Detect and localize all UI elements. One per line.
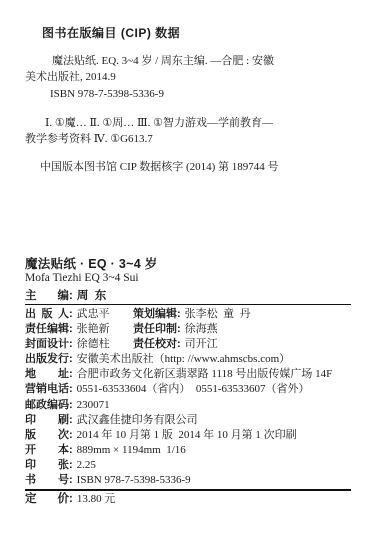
row-label: 开本 [25, 443, 69, 458]
row-value: 武汉鑫佳捷印务有限公司 [77, 413, 198, 428]
colon: : [69, 443, 73, 458]
colophon-row-postcode: 邮政编码:230071 [25, 398, 351, 413]
colophon-row-isbn: 书号:ISBN 978-7-5398-5336-9 [25, 473, 351, 488]
colon: : [177, 322, 181, 337]
row-value: 徐德柱 [77, 337, 110, 352]
colophon-row-address: 地址:合肥市政务文化新区翡翠路 1118 号出版传媒广场 14F [25, 367, 351, 382]
colon: : [69, 398, 73, 413]
colophon-row-publisher: 出版人:武忠平 策划编辑:张李松 童 丹 [25, 307, 351, 322]
chief-editor-row: 主编:周 东 [25, 289, 351, 304]
colon: : [69, 307, 73, 322]
cip-entry-line: 美术出版社, 2014.9 [25, 69, 351, 85]
colophon-row-edition: 版次:2014 年 10 月第 1 版 2014 年 10 月第 1 次印刷 [25, 428, 351, 443]
row-label: 封面设计 [25, 337, 69, 352]
row-label: 印张 [25, 458, 69, 473]
row-label: 书号 [25, 473, 69, 488]
colon: : [69, 458, 73, 473]
colon: : [69, 367, 73, 382]
row-label: 责任编辑 [25, 322, 69, 337]
colon: : [69, 289, 73, 304]
colophon-row-sheets: 印张:2.25 [25, 458, 351, 473]
cip-entry-line: 魔法贴纸. EQ. 3~4 岁 / 周东主编. —合肥 : 安徽 [25, 53, 351, 69]
colophon-row-cover-design: 封面设计:徐德柱 责任校对:司开江 [25, 337, 351, 352]
divider-rule-bottom [25, 489, 351, 491]
colon: : [69, 473, 73, 488]
row-label: 版次 [25, 428, 69, 443]
colophon-rows: 出版人:武忠平 策划编辑:张李松 童 丹 责任编辑:张艳新 责任印制:徐海燕 封… [25, 307, 351, 488]
colon: : [69, 492, 73, 507]
price-label: 定价 [25, 492, 69, 507]
price-value: 13.80 元 [77, 492, 116, 507]
row-label2: 策划编辑 [133, 307, 177, 322]
divider-rule-top [25, 304, 351, 305]
price-row: 定价:13.80 元 [25, 492, 351, 507]
row-value2: 张李松 童 丹 [185, 307, 251, 322]
row-label: 印刷 [25, 413, 69, 428]
cip-record-number: 中国版本图书馆 CIP 数据核字 (2014) 第 189744 号 [25, 158, 351, 174]
cip-class-line: 教学参考资料 Ⅳ. ①G613.7 [25, 131, 351, 147]
cip-entry: 魔法贴纸. EQ. 3~4 岁 / 周东主编. —合肥 : 安徽 美术出版社, … [25, 53, 351, 102]
row-value: 0551-63533604（省内） 0551-63533607（省外） [77, 382, 310, 397]
colon: : [69, 428, 73, 443]
colon: : [69, 413, 73, 428]
colophon-row-marketing-phone: 营销电话:0551-63533604（省内） 0551-63533607（省外） [25, 382, 351, 397]
row-value2: 徐海燕 [185, 322, 218, 337]
chief-editor-label: 主编 [25, 289, 69, 304]
colon: : [177, 337, 181, 352]
cip-header: 图书在版编目 (CIP) 数据 [25, 24, 351, 41]
colon: : [69, 337, 73, 352]
cip-isbn: ISBN 978-7-5398-5336-9 [25, 86, 351, 102]
book-title-pinyin: Mofa Tiezhi EQ 3~4 Sui [25, 272, 351, 284]
row-value: 张艳新 [77, 322, 110, 337]
cip-classification: Ⅰ. ①魔… Ⅱ. ①周… Ⅲ. ①智力游戏—学前教育— 教学参考资料 Ⅳ. ①… [25, 115, 351, 148]
copyright-page: 图书在版编目 (CIP) 数据 魔法贴纸. EQ. 3~4 岁 / 周东主编. … [0, 0, 375, 552]
row-label: 地址 [25, 367, 69, 382]
colophon-row-editor: 责任编辑:张艳新 责任印制:徐海燕 [25, 322, 351, 337]
row-label: 出版人 [25, 307, 69, 322]
row-label: 出版发行 [25, 352, 69, 367]
row-value: 889mm × 1194mm 1/16 [77, 443, 186, 458]
cip-class-line: Ⅰ. ①魔… Ⅱ. ①周… Ⅲ. ①智力游戏—学前教育— [25, 115, 351, 131]
colophon-row-printer: 印刷:武汉鑫佳捷印务有限公司 [25, 413, 351, 428]
colophon-row-publishing-house: 出版发行:安徽美术出版社（http: //www.ahmscbs.com） [25, 352, 351, 367]
chief-editor-name: 周 东 [77, 289, 106, 304]
row-value: 合肥市政务文化新区翡翠路 1118 号出版传媒广场 14F [77, 367, 333, 382]
row-label: 营销电话 [25, 382, 69, 397]
row-value: 230071 [77, 398, 110, 413]
row-label2: 责任印制 [133, 322, 177, 337]
colon: : [177, 307, 181, 322]
colophon-row-format: 开本:889mm × 1194mm 1/16 [25, 443, 351, 458]
row-value2: 司开江 [185, 337, 218, 352]
colon: : [69, 322, 73, 337]
colon: : [69, 382, 73, 397]
row-value: 2.25 [77, 458, 96, 473]
row-value: 安徽美术出版社（http: //www.ahmscbs.com） [77, 352, 290, 367]
row-label: 邮政编码 [25, 398, 69, 413]
row-label2: 责任校对 [133, 337, 177, 352]
row-value: 2014 年 10 月第 1 版 2014 年 10 月第 1 次印刷 [77, 428, 297, 443]
row-value: 武忠平 [77, 307, 110, 322]
book-title: 魔法贴纸 · EQ · 3~4 岁 [25, 254, 351, 272]
colon: : [69, 352, 73, 367]
row-value: ISBN 978-7-5398-5336-9 [77, 473, 191, 488]
